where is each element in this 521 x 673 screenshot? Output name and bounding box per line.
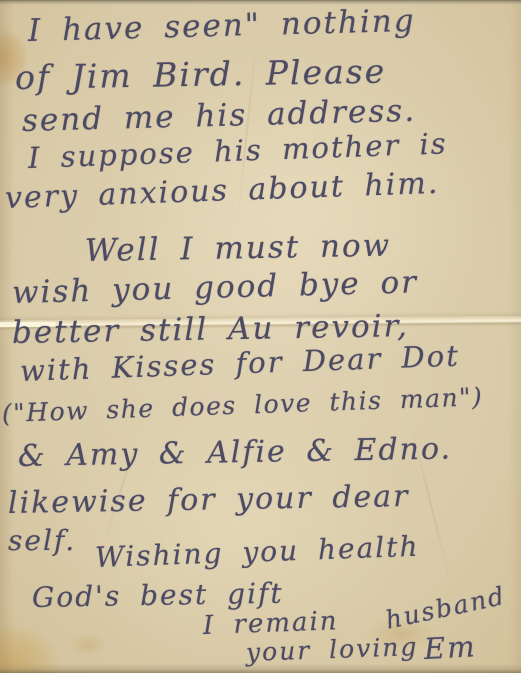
- letter-line: & Amy & Alfie & Edno.: [18, 431, 453, 474]
- letter-line: Well I must now: [85, 228, 392, 269]
- letter-line: self.: [8, 524, 76, 557]
- closing-line: your loving: [245, 632, 418, 667]
- letter-line: God's best gift: [32, 577, 284, 614]
- letter-line: Wishing you health: [94, 530, 420, 574]
- letter-line: likewise for your dear: [8, 479, 410, 521]
- letter-line: wish you good bye or: [12, 264, 419, 311]
- closing-line: husband: [383, 581, 508, 635]
- letter-line: of Jim Bird. Please: [15, 52, 387, 97]
- letter-page: I have seen" nothing of Jim Bird. Please…: [0, 0, 521, 673]
- letter-line: I have seen" nothing: [28, 3, 417, 49]
- signature: Em: [423, 629, 477, 666]
- letter-line: ("How she does love this man"): [1, 382, 483, 428]
